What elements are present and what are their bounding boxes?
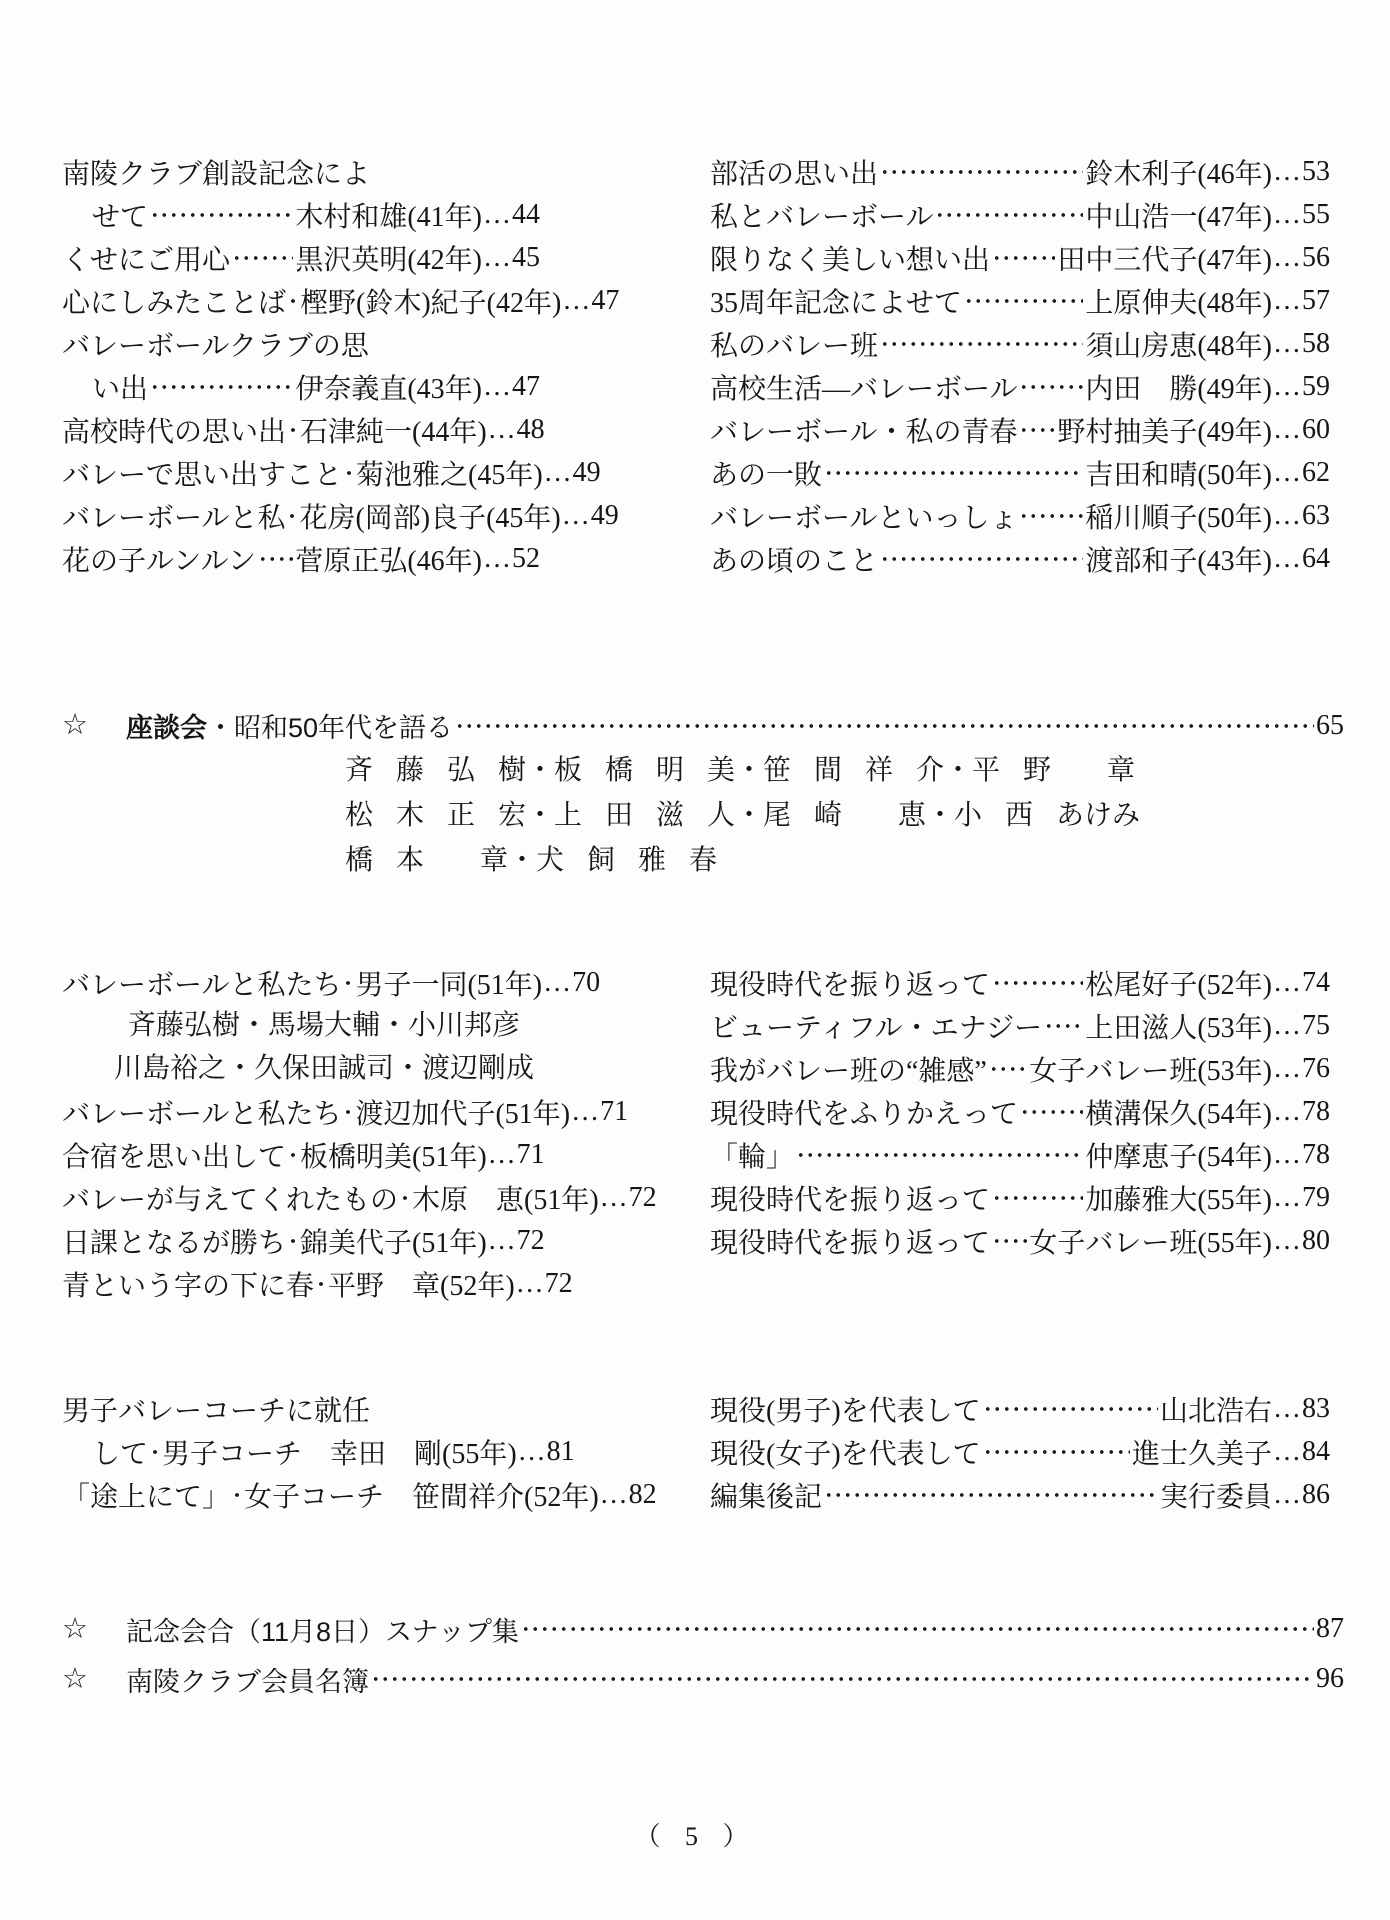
entry-title: 現役(男子)を代表して <box>710 1389 981 1429</box>
page-ellipsis: … <box>487 414 517 446</box>
entry-author: 上原伸夫(48年) <box>1085 281 1272 321</box>
entry-author: 吉田和晴(50年) <box>1085 453 1272 493</box>
reflections-section: バレーボールと私たち男子一同(51年)…70斉藤弘樹・馬場大輔・小川邦彦川島裕之… <box>62 961 1330 1305</box>
entry-page: 96 <box>1316 1663 1344 1695</box>
page-ellipsis: … <box>517 1436 547 1468</box>
entry-title: バレーボールクラブの思 <box>62 324 369 364</box>
page-ellipsis: … <box>482 371 512 403</box>
entry-page: 56 <box>1302 242 1330 274</box>
memorial-essays-column-left: 南陵クラブ創設記念によせて木村和雄(41年)…44くせにご用心黒沢英明(42年)… <box>62 150 540 580</box>
dot-leader <box>992 961 1083 1004</box>
entry-author: 松尾好子(52年) <box>1085 963 1272 1003</box>
entry-page: 87 <box>1316 1613 1344 1645</box>
entry-page: 58 <box>1302 328 1330 360</box>
dot-leader <box>288 1219 298 1262</box>
participant-names-line: 橋 本 章・犬 飼 雅 春 <box>345 838 1330 883</box>
entry-page: 63 <box>1302 500 1330 532</box>
dot-leader <box>880 150 1083 193</box>
page-ellipsis: … <box>1272 1139 1302 1171</box>
entry-page: 55 <box>1302 199 1330 231</box>
dot-leader <box>150 1430 160 1473</box>
entry-title: ビューティフル・エナジー <box>710 1006 1042 1046</box>
dot-leader <box>983 1430 1130 1473</box>
entry-title: 我がバレー班の“雑感” <box>710 1049 987 1089</box>
page-ellipsis: … <box>1272 371 1302 403</box>
page-ellipsis: … <box>1272 156 1302 188</box>
toc-entry: 高校時代の思い出石津純一(44年)…48 <box>62 408 540 451</box>
entry-title: 合宿を思い出して <box>62 1135 286 1175</box>
coach-current-column-right: 現役(男子)を代表して山北浩右…83現役(女子)を代表して進士久美子…84編集後… <box>710 1387 1330 1516</box>
entry-author: 菊池雅之(45年) <box>356 453 543 493</box>
entry-page: 72 <box>517 1225 545 1257</box>
entry-title: 「途上にて」 <box>62 1475 230 1515</box>
dot-leader <box>288 408 298 451</box>
page-ellipsis: … <box>543 457 573 489</box>
page-ellipsis: … <box>482 242 512 274</box>
entry-author: 内田 勝(49年) <box>1085 367 1272 407</box>
page-ellipsis: … <box>570 1096 600 1128</box>
dot-leader <box>287 494 297 537</box>
entry-title: 南陵クラブ創設記念によ <box>62 152 370 192</box>
entry-title: 35周年記念によせて <box>710 281 962 321</box>
toc-entry: 「途上にて」女子コーチ 笹間祥介(52年)…82 <box>62 1473 540 1516</box>
entry-title: 心にしみたことば <box>62 281 286 321</box>
entry-title: 男子バレーコーチに就任 <box>62 1389 370 1429</box>
entry-title: バレーボールと私たち <box>62 1092 341 1132</box>
toc-entry: い出伊奈義直(43年)…47 <box>62 365 540 408</box>
dot-leader <box>455 703 1314 748</box>
entry-author: 稲川順子(50年) <box>1085 496 1272 536</box>
participant-names-line: 松 木 正 宏・上 田 滋 人・尾 崎 恵・小 西 あけみ <box>345 793 1330 838</box>
roundtable-title: 座談会・昭和50年代を語る <box>126 706 453 745</box>
toc-entry: 日課となるが勝ち錦美代子(51年)…72 <box>62 1219 540 1262</box>
dot-leader <box>288 1133 298 1176</box>
entry-title: 記念会合（11月8日）スナップ集 <box>126 1610 519 1649</box>
entry-title: 部活の思い出 <box>710 152 878 192</box>
toc-entry: バレーボールと私たち渡辺加代子(51年)…71 <box>62 1090 540 1133</box>
entry-page: 71 <box>600 1096 628 1128</box>
dot-leader <box>258 537 293 580</box>
toc-entry: 花の子ルンルン菅原正弘(46年)…52 <box>62 537 540 580</box>
toc-entry: 35周年記念によせて上原伸夫(48年)…57 <box>710 279 1330 322</box>
dot-leader <box>989 1047 1027 1090</box>
entry-page: 57 <box>1302 285 1330 317</box>
entry-author: 中山浩一(47年) <box>1085 195 1272 235</box>
entry-title: 南陵クラブ会員名簿 <box>126 1660 369 1699</box>
coach-current-section: 男子バレーコーチに就任して男子コーチ 幸田 剛(55年)…81「途上にて」女子コ… <box>62 1387 1330 1516</box>
entry-title: 編集後記 <box>710 1475 822 1515</box>
dot-leader <box>343 1090 353 1133</box>
dot-leader <box>400 1176 410 1219</box>
entry-page: 71 <box>517 1139 545 1171</box>
roundtable-title-rest: ・昭和50年代を語る <box>207 713 453 743</box>
entry-page: 70 <box>572 967 600 999</box>
entry-title: 現役時代を振り返って <box>710 1221 990 1261</box>
entry-title: 日課となるが勝ち <box>62 1221 286 1261</box>
entry-author: 女子バレー班(53年) <box>1029 1049 1272 1089</box>
toc-entry: 青という字の下に春平野 章(52年)…72 <box>62 1262 540 1305</box>
entry-page: 45 <box>512 242 540 274</box>
entry-title: 現役(女子)を代表して <box>710 1432 981 1472</box>
dot-leader <box>880 322 1083 365</box>
appendix-entry: ☆記念会合（11月8日）スナップ集87 <box>62 1604 1344 1654</box>
page-ellipsis: … <box>1272 1225 1302 1257</box>
entry-author: 菅原正弘(46年) <box>295 539 482 579</box>
entry-author: 樫野(鈴木)紀子(42年) <box>300 281 561 321</box>
dot-leader <box>343 961 353 1004</box>
page-ellipsis: … <box>515 1268 545 1300</box>
entry-author: 渡部和子(43年) <box>1085 539 1272 579</box>
entry-title: 「輪」 <box>710 1135 794 1175</box>
dot-leader <box>992 236 1055 279</box>
toc-entry: 現役時代をふりかえって横溝保久(54年)…78 <box>710 1090 1330 1133</box>
toc-entry: 現役(女子)を代表して進士久美子…84 <box>710 1430 1330 1473</box>
dot-leader <box>1020 1090 1083 1133</box>
page-number: （ 5 ） <box>62 1816 1330 1853</box>
entry-author: 女子バレー班(55年) <box>1029 1221 1272 1261</box>
toc-entry: あの頃のこと渡部和子(43年)…64 <box>710 537 1330 580</box>
entry-page: 74 <box>1302 967 1330 999</box>
entry-author: 鈴木利子(46年) <box>1085 152 1272 192</box>
entry-title: 現役時代を振り返って <box>710 1178 990 1218</box>
entry-title: 青という字の下に春 <box>62 1264 314 1304</box>
dot-leader <box>316 1262 326 1305</box>
entry-title: して <box>62 1432 148 1472</box>
dot-leader <box>288 279 298 322</box>
star-icon: ☆ <box>62 1615 126 1644</box>
entry-title: 花の子ルンルン <box>62 539 256 579</box>
page-ellipsis: … <box>487 1225 517 1257</box>
entry-title: 斉藤弘樹・馬場大輔・小川邦彦 <box>128 1010 520 1041</box>
dot-leader <box>983 1387 1158 1430</box>
entry-title: 現役時代を振り返って <box>710 963 990 1003</box>
entry-author: 田中三代子(47年) <box>1057 238 1272 278</box>
dot-leader <box>824 451 1083 494</box>
page-ellipsis: … <box>1272 1393 1302 1425</box>
entry-title: 私のバレー班 <box>710 324 878 364</box>
appendix-entry: ☆南陵クラブ会員名簿96 <box>62 1654 1344 1704</box>
page-ellipsis: … <box>1272 328 1302 360</box>
toc-entry: 我がバレー班の“雑感”女子バレー班(53年)…76 <box>710 1047 1330 1090</box>
toc-entry: バレーボール・私の青春野村抽美子(49年)…60 <box>710 408 1330 451</box>
entry-author: 黒沢英明(42年) <box>295 238 482 278</box>
roundtable-page: 65 <box>1316 710 1344 742</box>
entry-title: 限りなく美しい想い出 <box>710 238 990 278</box>
entry-author: 女子コーチ 笹間祥介(52年) <box>244 1475 599 1515</box>
entry-page: 47 <box>512 371 540 403</box>
toc-entry: 心にしみたことば樫野(鈴木)紀子(42年)…47 <box>62 279 540 322</box>
entry-page: 79 <box>1302 1182 1330 1214</box>
entry-page: 47 <box>591 285 619 317</box>
page-ellipsis: … <box>1272 1436 1302 1468</box>
toc-entry: バレーで思い出すこと菊池雅之(45年)…49 <box>62 451 540 494</box>
toc-entry: 合宿を思い出して板橋明美(51年)…71 <box>62 1133 540 1176</box>
toc-entry: 南陵クラブ創設記念によ <box>62 150 540 193</box>
entry-author: 加藤雅大(55年) <box>1085 1178 1272 1218</box>
participant-names-line: 斉 藤 弘 樹・板 橋 明 美・笹 間 祥 介・平 野 章 <box>345 748 1330 793</box>
entry-title: バレーが与えてくれたもの <box>62 1178 398 1218</box>
entry-author: 実行委員 <box>1160 1475 1272 1515</box>
coach-current-column-left: 男子バレーコーチに就任して男子コーチ 幸田 剛(55年)…81「途上にて」女子コ… <box>62 1387 540 1516</box>
toc-entry: 高校生活―バレーボール内田 勝(49年)…59 <box>710 365 1330 408</box>
page-ellipsis: … <box>1272 500 1302 532</box>
page-ellipsis: … <box>1272 414 1302 446</box>
dot-leader <box>344 451 354 494</box>
toc-entry: 川島裕之・久保田誠司・渡辺剛成 <box>62 1047 540 1090</box>
dot-leader <box>150 193 293 236</box>
toc-entry: せて木村和雄(41年)…44 <box>62 193 540 236</box>
entry-author: 花房(岡部)良子(45年) <box>299 496 560 536</box>
roundtable-section: ☆ 座談会・昭和50年代を語る 65 斉 藤 弘 樹・板 橋 明 美・笹 間 祥… <box>62 703 1330 883</box>
entry-title: あの一敗 <box>710 453 822 493</box>
entry-page: 52 <box>512 543 540 575</box>
entry-author: 錦美代子(51年) <box>300 1221 487 1261</box>
page-ellipsis: … <box>482 199 512 231</box>
toc-entry: バレーボールと私たち男子一同(51年)…70 <box>62 961 540 1004</box>
toc-entry: あの一敗吉田和晴(50年)…62 <box>710 451 1330 494</box>
entry-page: 48 <box>517 414 545 446</box>
memorial-essays-column-right: 部活の思い出鈴木利子(46年)…53私とバレーボール中山浩一(47年)…55限り… <box>710 150 1330 580</box>
page-ellipsis: … <box>1272 1010 1302 1042</box>
toc-page: 南陵クラブ創設記念によせて木村和雄(41年)…44くせにご用心黒沢英明(42年)… <box>0 0 1390 1920</box>
entry-title: 高校生活―バレーボール <box>710 367 1017 407</box>
star-icon: ☆ <box>62 1665 126 1694</box>
entry-page: 82 <box>629 1479 657 1511</box>
toc-entry: ビューティフル・エナジー上田滋人(53年)…75 <box>710 1004 1330 1047</box>
reflections-column-right: 現役時代を振り返って松尾好子(52年)…74ビューティフル・エナジー上田滋人(5… <box>710 961 1330 1262</box>
entry-title: 高校時代の思い出 <box>62 410 286 450</box>
entry-author: 男子一同(51年) <box>355 963 542 1003</box>
star-icon: ☆ <box>62 711 126 740</box>
entry-title: あの頃のこと <box>710 539 878 579</box>
dot-leader <box>1019 494 1083 537</box>
entry-author: 男子コーチ 幸田 剛(55年) <box>162 1432 517 1472</box>
toc-entry: 現役時代を振り返って女子バレー班(55年)…80 <box>710 1219 1330 1262</box>
entry-title: 現役時代をふりかえって <box>710 1092 1018 1132</box>
page-ellipsis: … <box>487 1139 517 1171</box>
toc-entry: 私のバレー班須山房恵(48年)…58 <box>710 322 1330 365</box>
page-ellipsis: … <box>1272 543 1302 575</box>
dot-leader <box>964 279 1083 322</box>
dot-leader <box>232 236 293 279</box>
dot-leader <box>1019 365 1083 408</box>
entry-author: 板橋明美(51年) <box>300 1135 487 1175</box>
page-ellipsis: … <box>1272 1096 1302 1128</box>
entry-author: 仲摩恵子(54年) <box>1085 1135 1272 1175</box>
dot-leader <box>1019 408 1055 451</box>
entry-title: い出 <box>62 367 148 407</box>
page-ellipsis: … <box>1272 199 1302 231</box>
entry-page: 49 <box>573 457 601 489</box>
page-ellipsis: … <box>1272 1053 1302 1085</box>
page-ellipsis: … <box>1272 457 1302 489</box>
entry-title: バレーボール・私の青春 <box>710 410 1017 450</box>
entry-page: 84 <box>1302 1436 1330 1468</box>
toc-entry: 部活の思い出鈴木利子(46年)…53 <box>710 150 1330 193</box>
entry-page: 86 <box>1302 1479 1330 1511</box>
dot-leader <box>232 1473 242 1516</box>
toc-entry: 編集後記実行委員…86 <box>710 1473 1330 1516</box>
toc-entry: バレーボールと私花房(岡部)良子(45年)…49 <box>62 494 540 537</box>
entry-page: 76 <box>1302 1053 1330 1085</box>
toc-entry: 現役(男子)を代表して山北浩右…83 <box>710 1387 1330 1430</box>
entry-author: 伊奈義直(43年) <box>295 367 482 407</box>
page-ellipsis: … <box>1272 242 1302 274</box>
entry-page: 80 <box>1302 1225 1330 1257</box>
entry-author: 横溝保久(54年) <box>1085 1092 1272 1132</box>
entry-page: 72 <box>629 1182 657 1214</box>
page-ellipsis: … <box>561 500 591 532</box>
entry-title: 私とバレーボール <box>710 195 933 235</box>
dot-leader <box>1044 1004 1083 1047</box>
entry-page: 62 <box>1302 457 1330 489</box>
dot-leader <box>796 1133 1083 1176</box>
toc-entry: 私とバレーボール中山浩一(47年)…55 <box>710 193 1330 236</box>
entry-page: 59 <box>1302 371 1330 403</box>
entry-page: 44 <box>512 199 540 231</box>
dot-leader <box>371 1654 1314 1704</box>
entry-title: バレーボールと私 <box>62 496 285 536</box>
entry-title: くせにご用心 <box>62 238 230 278</box>
entry-author: 石津純一(44年) <box>300 410 487 450</box>
entry-page: 49 <box>591 500 619 532</box>
page-ellipsis: … <box>1272 1182 1302 1214</box>
entry-page: 78 <box>1302 1139 1330 1171</box>
entry-author: 木村和雄(41年) <box>295 195 482 235</box>
reflections-column-left: バレーボールと私たち男子一同(51年)…70斉藤弘樹・馬場大輔・小川邦彦川島裕之… <box>62 961 540 1305</box>
dot-leader <box>521 1604 1314 1654</box>
entry-title: バレーボールと私たち <box>62 963 341 1003</box>
entry-page: 60 <box>1302 414 1330 446</box>
dot-leader <box>992 1176 1083 1219</box>
dot-leader <box>824 1473 1158 1516</box>
entry-page: 83 <box>1302 1393 1330 1425</box>
page-ellipsis: … <box>1272 285 1302 317</box>
toc-entry: バレーボールといっしょ稲川順子(50年)…63 <box>710 494 1330 537</box>
dot-leader <box>935 193 1083 236</box>
roundtable-title-bold: 座談会 <box>126 713 207 743</box>
entry-author: 山北浩右 <box>1160 1389 1272 1429</box>
entry-page: 53 <box>1302 156 1330 188</box>
toc-entry: くせにご用心黒沢英明(42年)…45 <box>62 236 540 279</box>
toc-entry: 斉藤弘樹・馬場大輔・小川邦彦 <box>62 1004 540 1047</box>
page-ellipsis: … <box>561 285 591 317</box>
roundtable-heading: ☆ 座談会・昭和50年代を語る 65 <box>62 703 1344 748</box>
entry-author: 渡辺加代子(51年) <box>355 1092 570 1132</box>
toc-entry: 男子バレーコーチに就任 <box>62 1387 540 1430</box>
dot-leader <box>992 1219 1027 1262</box>
toc-entry: 現役時代を振り返って加藤雅大(55年)…79 <box>710 1176 1330 1219</box>
entry-title: バレーボールといっしょ <box>710 496 1017 536</box>
entry-page: 81 <box>547 1436 575 1468</box>
entry-page: 75 <box>1302 1010 1330 1042</box>
memorial-essays-section: 南陵クラブ創設記念によせて木村和雄(41年)…44くせにご用心黒沢英明(42年)… <box>62 150 1330 580</box>
entry-title: せて <box>62 195 148 235</box>
appendix-section: ☆記念会合（11月8日）スナップ集87☆南陵クラブ会員名簿96 <box>62 1604 1330 1704</box>
page-ellipsis: … <box>1272 967 1302 999</box>
dot-leader <box>880 537 1083 580</box>
toc-entry: バレーボールクラブの思 <box>62 322 540 365</box>
entry-author: 須山房恵(48年) <box>1085 324 1272 364</box>
roundtable-participants: 斉 藤 弘 樹・板 橋 明 美・笹 間 祥 介・平 野 章松 木 正 宏・上 田… <box>345 748 1330 883</box>
toc-entry: 「輪」仲摩恵子(54年)…78 <box>710 1133 1330 1176</box>
entry-author: 平野 章(52年) <box>328 1264 515 1304</box>
entry-page: 64 <box>1302 543 1330 575</box>
page-ellipsis: … <box>482 543 512 575</box>
page-ellipsis: … <box>599 1182 629 1214</box>
page-ellipsis: … <box>542 967 572 999</box>
toc-entry: 現役時代を振り返って松尾好子(52年)…74 <box>710 961 1330 1004</box>
dot-leader <box>150 365 293 408</box>
toc-entry: して男子コーチ 幸田 剛(55年)…81 <box>62 1430 540 1473</box>
entry-page: 78 <box>1302 1096 1330 1128</box>
toc-entry: 限りなく美しい想い出田中三代子(47年)…56 <box>710 236 1330 279</box>
entry-author: 野村抽美子(49年) <box>1057 410 1272 450</box>
page-ellipsis: … <box>1272 1479 1302 1511</box>
entry-author: 上田滋人(53年) <box>1085 1006 1272 1046</box>
toc-entry: バレーが与えてくれたもの木原 恵(51年)…72 <box>62 1176 540 1219</box>
entry-author: 木原 恵(51年) <box>412 1178 599 1218</box>
entry-page: 72 <box>545 1268 573 1300</box>
page-ellipsis: … <box>599 1479 629 1511</box>
entry-title: バレーで思い出すこと <box>62 453 342 493</box>
entry-author: 進士久美子 <box>1132 1432 1272 1472</box>
entry-title: 川島裕之・久保田誠司・渡辺剛成 <box>114 1053 534 1084</box>
